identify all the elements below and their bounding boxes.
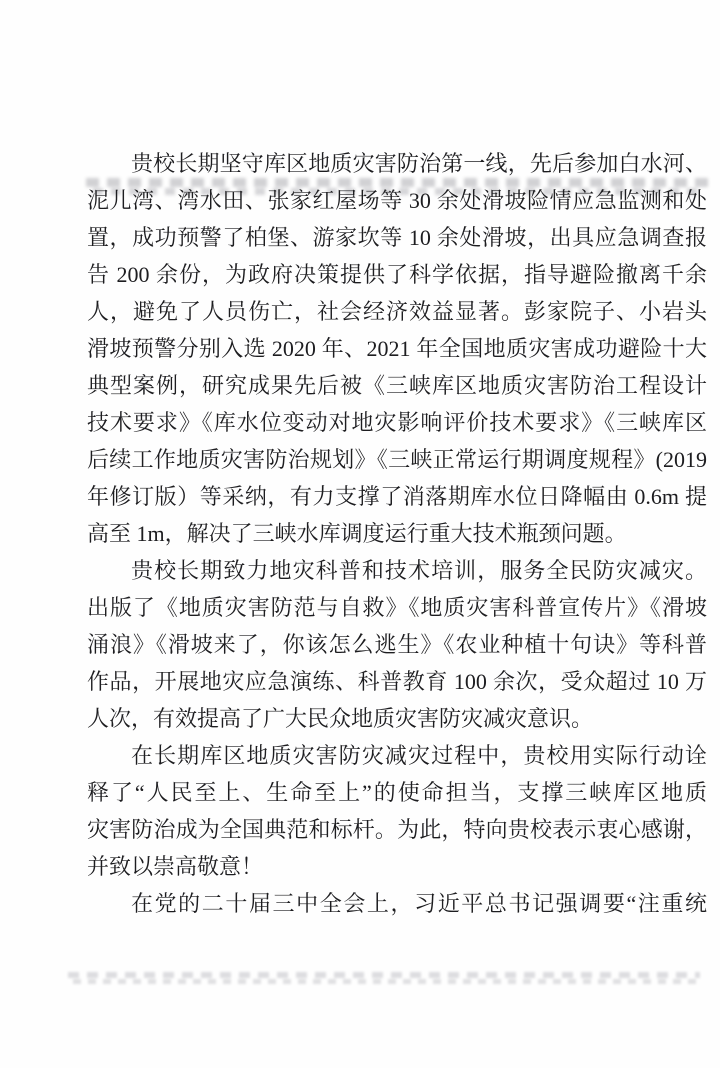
paragraph: 在长期库区地质灾害防灾减灾过程中，贵校用实际行动诠释了“人民至上、生命至上”的使… bbox=[87, 737, 707, 885]
text-line: 贵校长期致力地灾科普和技术培训，服务全民防灾减灾。 bbox=[87, 552, 707, 589]
text-line: 在长期库区地质灾害防灾减灾过程中，贵校用实际行动诠 bbox=[87, 737, 707, 774]
paragraph: 贵校长期致力地灾科普和技术培训，服务全民防灾减灾。出版了《地质灾害防范与自救》《… bbox=[87, 552, 707, 737]
text-line: 泥儿湾、湾水田、张家红屋场等 30 余处滑坡险情应急监测和处 bbox=[87, 182, 707, 219]
text-line: 人，避免了人员伤亡，社会经济效益显著。彭家院子、小岩头 bbox=[87, 293, 707, 330]
bleedthrough-artifact-bottom bbox=[68, 971, 700, 986]
letter-body: 贵校长期坚守库区地质灾害防治第一线，先后参加白水河、泥儿湾、湾水田、张家红屋场等… bbox=[87, 145, 707, 922]
text-line: 置，成功预警了柏堡、游家坎等 10 余处滑坡，出具应急调查报 bbox=[87, 219, 707, 256]
text-line: 告 200 余份，为政府决策提供了科学依据，指导避险撤离千余 bbox=[87, 256, 707, 293]
text-line: 滑坡预警分别入选 2020 年、2021 年全国地质灾害成功避险十大 bbox=[87, 330, 707, 367]
text-line: 贵校长期坚守库区地质灾害防治第一线，先后参加白水河、 bbox=[87, 145, 707, 182]
paragraph: 贵校长期坚守库区地质灾害防治第一线，先后参加白水河、泥儿湾、湾水田、张家红屋场等… bbox=[87, 145, 707, 552]
text-line: 人次，有效提高了广大民众地质灾害防灾减灾意识。 bbox=[87, 700, 707, 737]
text-line: 灾害防治成为全国典范和标杆。为此，特向贵校表示衷心感谢， bbox=[87, 811, 707, 848]
text-line: 技术要求》《库水位变动对地灾影响评价技术要求》《三峡库区 bbox=[87, 404, 707, 441]
text-line: 出版了《地质灾害防范与自救》《地质灾害科普宣传片》《滑坡 bbox=[87, 589, 707, 626]
text-line: 典型案例，研究成果先后被《三峡库区地质灾害防治工程设计 bbox=[87, 367, 707, 404]
text-line: 作品，开展地灾应急演练、科普教育 100 余次，受众超过 10 万 bbox=[87, 663, 707, 700]
text-line: 在党的二十届三中全会上，习近平总书记强调要“注重统 bbox=[87, 885, 707, 922]
text-line: 后续工作地质灾害防治规划》《三峡正常运行期调度规程》(2019 bbox=[87, 441, 707, 478]
paragraph: 在党的二十届三中全会上，习近平总书记强调要“注重统 bbox=[87, 885, 707, 922]
text-line: 涌浪》《滑坡来了，你该怎么逃生》《农业种植十句诀》等科普 bbox=[87, 626, 707, 663]
text-line: 高至 1m，解决了三峡水库调度运行重大技术瓶颈问题。 bbox=[87, 515, 707, 552]
document-page: 贵校长期坚守库区地质灾害防治第一线，先后参加白水河、泥儿湾、湾水田、张家红屋场等… bbox=[0, 0, 720, 1068]
text-line: 年修订版）等采纳，有力支撑了消落期库水位日降幅由 0.6m 提 bbox=[87, 478, 707, 515]
text-line: 释了“人民至上、生命至上”的使命担当，支撑三峡库区地质 bbox=[87, 774, 707, 811]
text-line: 并致以崇高敬意！ bbox=[87, 848, 707, 885]
